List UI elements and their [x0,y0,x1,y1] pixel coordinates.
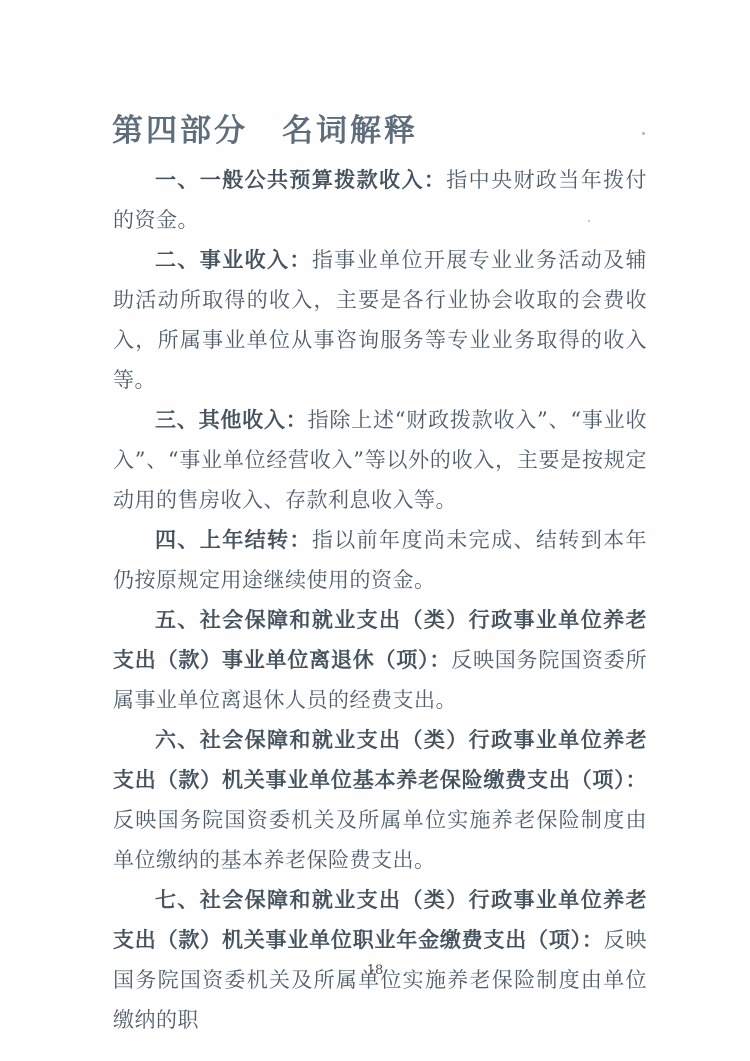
glossary-term: 七、社会保障和就业支出（类）行政事业单位养老支出（款）机关事业单位职业年金缴费支… [113,887,647,952]
glossary-term: 四、上年结转： [155,527,312,552]
glossary-entry-2: 二、事业收入：指事业单位开展专业业务活动及辅助活动所取得的收入，主要是各行业协会… [113,240,647,400]
glossary-entry-5: 五、社会保障和就业支出（类）行政事业单位养老支出（款）事业单位离退休（项）：反映… [113,600,647,720]
scan-speck [642,132,645,135]
glossary-entry-4: 四、上年结转：指以前年度尚未完成、结转到本年仍按原规定用途继续使用的资金。 [113,520,647,600]
glossary-entry-7: 七、社会保障和就业支出（类）行政事业单位养老支出（款）机关事业单位职业年金缴费支… [113,880,647,1040]
document-body: 一、一般公共预算拨款收入：指中央财政当年拨付的资金。 二、事业收入：指事业单位开… [113,160,647,1040]
scan-speck [588,220,590,222]
glossary-term: 六、社会保障和就业支出（类）行政事业单位养老支出（款）机关事业单位基本养老保险缴… [113,727,647,792]
glossary-term: 三、其他收入： [155,407,308,432]
glossary-term: 二、事业收入： [155,247,312,272]
section-title: 第四部分 名词解释 [112,105,418,150]
page-number: 18 [0,963,750,978]
glossary-entry-1: 一、一般公共预算拨款收入：指中央财政当年拨付的资金。 [113,160,647,240]
glossary-term: 一、一般公共预算拨款收入： [155,167,446,192]
document-page: 第四部分 名词解释 一、一般公共预算拨款收入：指中央财政当年拨付的资金。 二、事… [0,0,750,1061]
glossary-entry-6: 六、社会保障和就业支出（类）行政事业单位养老支出（款）机关事业单位基本养老保险缴… [113,720,647,880]
glossary-entry-3: 三、其他收入：指除上述“财政拨款收入”、“事业收入”、“事业单位经营收入”等以外… [113,400,647,520]
glossary-definition: 反映国务院国资委机关及所属单位实施养老保险制度由单位缴纳的基本养老保险费支出。 [113,808,647,872]
